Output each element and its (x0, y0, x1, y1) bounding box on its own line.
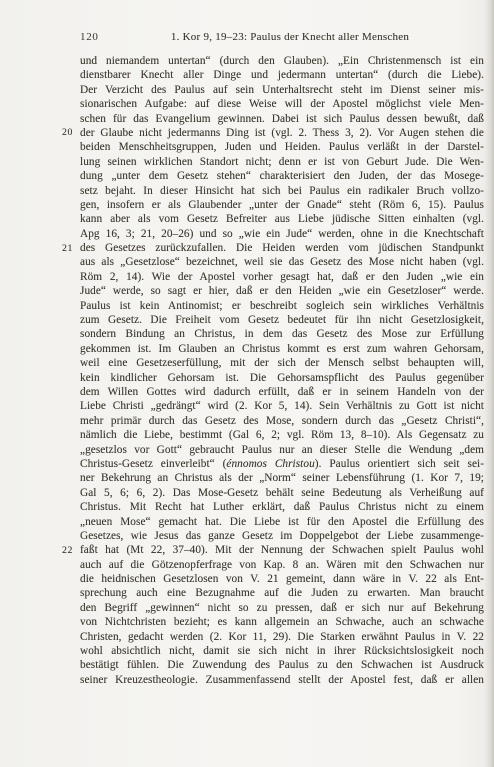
text-line: schen für das Evangelium gewinnen. Dabei… (80, 112, 484, 126)
margin-verse-number: 20 (54, 126, 73, 140)
text-segment: Liebe Christi „gedrängt“ wird (2. Kor 5,… (80, 400, 484, 412)
text-line: 21des Gesetzes zurückzufallen. Die Heide… (80, 241, 484, 255)
text-segment: schen für das Evangelium gewinnen. Dabei… (80, 113, 484, 125)
book-page: 120 1. Kor 9, 19–23: Paulus der Knecht a… (0, 0, 494, 767)
page-edge-shadow (485, 0, 494, 767)
text-line: lung seinen wirklichen Standort nicht; d… (80, 155, 484, 169)
text-segment: sprechung auch eine Bezugnahme auf die J… (80, 587, 484, 599)
text-line: sondern Bindung an Christus, in dem das … (80, 327, 484, 341)
text-segment: „neuen Mose“ gemacht hat. Die Liebe ist … (80, 516, 484, 528)
italic-text-segment: énnomos Christou (226, 458, 314, 470)
text-line: Christen, gedacht werden (2. Kor 11, 29)… (80, 630, 484, 644)
text-line: wohl absichtlich nicht, damit sie sich n… (80, 644, 484, 658)
text-line: aus als „Gesetzlose“ bezeichnet, weil si… (80, 255, 484, 269)
text-line: „gesetzlos vor Gott“ gebraucht Paulus nu… (80, 443, 484, 457)
margin-verse-number: 22 (54, 544, 73, 558)
text-segment: seiner Kreuzestheologie. Zusammenfassend… (80, 674, 484, 686)
text-segment: setz bejaht. In dieser Hinsicht hat sich… (80, 185, 484, 197)
text-segment: und niemandem untertan“ (durch den Glaub… (80, 55, 484, 67)
text-line: 22faßt hat (Mt 22, 37–40). Mit der Nennu… (80, 543, 484, 557)
text-segment: „gesetzlos vor Gott“ gebraucht Paulus nu… (80, 444, 484, 456)
text-segment: Paulus ist kein Antinomist; er beschreib… (80, 300, 484, 312)
text-line: und niemandem untertan“ (durch den Glaub… (80, 54, 484, 68)
text-segment: Gal 5, 6; 6, 2). Das Mose-Gesetz behält … (80, 487, 484, 499)
text-line: weil eine Gesetzeserfüllung, mit der sic… (80, 356, 484, 370)
text-line: seiner Kreuzestheologie. Zusammenfassend… (80, 673, 484, 687)
text-segment: kein kindlicher Gehorsam ist. Die Gehors… (80, 372, 484, 384)
text-segment: dem Willen Gottes wird dadurch erfüllt, … (80, 386, 484, 398)
text-line: bestätigt fühlen. Die Zuwendung des Paul… (80, 658, 484, 672)
text-line: Gal 5, 6; 6, 2). Das Mose-Gesetz behält … (80, 486, 484, 500)
text-segment: von Nichtchristen bezieht; es kann allge… (80, 616, 484, 628)
text-segment: faßt hat (Mt 22, 37–40). Mit der Nennung… (80, 544, 484, 556)
text-segment: Jude“ werde, so sagt er hier, daß er den… (80, 285, 484, 297)
text-line: gen, insofern er als Glaubender „unter d… (80, 198, 484, 212)
text-line: setz bejaht. In dieser Hinsicht hat sich… (80, 184, 484, 198)
text-segment: dienstbarer Knecht aller Dinge und jeder… (80, 69, 484, 81)
text-segment: der Glaube nicht jedermanns Ding ist (vg… (80, 127, 484, 139)
text-line: dung „unter dem Gesetz stehen“ charakter… (80, 169, 484, 183)
text-line: zum Gesetz. Die Freiheit vom Gesetz bede… (80, 313, 484, 327)
text-segment: wohl absichtlich nicht, damit sie sich n… (80, 645, 484, 657)
text-segment: beiden Menschheitsgruppen, Juden und Hei… (80, 141, 484, 153)
text-line: Liebe Christi „gedrängt“ wird (2. Kor 5,… (80, 399, 484, 413)
text-line: Christus-Gesetz einverleibt“ (énnomos Ch… (80, 457, 484, 471)
text-segment: Röm 2, 14). Wie der Apostel vorher gesag… (80, 271, 484, 283)
text-segment: sondern Bindung an Christus, in dem das … (80, 328, 484, 340)
text-segment: ner Bekehrung an Christus als der „Norm“… (80, 472, 484, 484)
page-header: 120 1. Kor 9, 19–23: Paulus der Knecht a… (80, 29, 484, 45)
text-segment: Gesetzes, wie Jesus das ganze Gesetz im … (80, 530, 484, 542)
text-line: dienstbarer Knecht aller Dinge und jeder… (80, 68, 484, 82)
margin-verse-number: 21 (54, 242, 73, 256)
text-line: kann aber als vom Gesetz Befreiter aus L… (80, 212, 484, 226)
text-segment: Christen, gedacht werden (2. Kor 11, 29)… (80, 631, 484, 643)
text-line: „neuen Mose“ gemacht hat. Die Liebe ist … (80, 515, 484, 529)
text-line: Christus. Mit Recht hat Luther erklärt, … (80, 500, 484, 514)
text-line: mehr primär durch das Gesetz des Mose, s… (80, 414, 484, 428)
text-line: sionarischen Aufgabe: auf diese Weise wi… (80, 97, 484, 111)
text-segment: Christus. Mit Recht hat Luther erklärt, … (80, 501, 484, 513)
text-segment: nämlich die Liebe, bestimmt (Gal 6, 2; v… (80, 429, 484, 441)
text-segment: auch auf die Götzenopferfrage von Kap. 8… (80, 559, 484, 571)
text-segment: die heidnischen Gesetzlosen von V. 21 ge… (80, 573, 484, 585)
text-segment: Christus-Gesetz einverleibt“ ( (80, 458, 226, 470)
body-text: und niemandem untertan“ (durch den Glaub… (80, 54, 484, 687)
text-segment: dung „unter dem Gesetz stehen“ charakter… (80, 170, 484, 182)
text-segment: kann aber als vom Gesetz Befreiter aus L… (80, 213, 484, 225)
text-segment: mehr primär durch das Gesetz des Mose, s… (80, 415, 484, 427)
text-segment: Der Verzicht des Paulus auf sein Unterha… (80, 84, 484, 96)
text-segment: aus als „Gesetzlose“ bezeichnet, weil si… (80, 256, 484, 268)
running-title: 1. Kor 9, 19–23: Paulus der Knecht aller… (80, 29, 484, 45)
text-segment: Apg 16, 3; 21, 20–26) und so „wie ein Ju… (80, 228, 484, 240)
text-line: die heidnischen Gesetzlosen von V. 21 ge… (80, 572, 484, 586)
text-line: gekommen ist. Im Glauben an Christus kom… (80, 342, 484, 356)
text-line: Paulus ist kein Antinomist; er beschreib… (80, 299, 484, 313)
text-line: Gesetzes, wie Jesus das ganze Gesetz im … (80, 529, 484, 543)
text-segment: des Gesetzes zurückzufallen. Die Heiden … (80, 242, 484, 254)
text-line: ner Bekehrung an Christus als der „Norm“… (80, 471, 484, 485)
text-segment: lung seinen wirklichen Standort nicht; d… (80, 156, 484, 168)
text-segment: bestätigt fühlen. Die Zuwendung des Paul… (80, 659, 484, 671)
text-line: dem Willen Gottes wird dadurch erfüllt, … (80, 385, 484, 399)
text-line: Der Verzicht des Paulus auf sein Unterha… (80, 83, 484, 97)
text-line: den Begriff „gewinnen“ nicht so zu press… (80, 601, 484, 615)
text-segment: ). Paulus orientiert sich seit sei- (315, 458, 484, 470)
text-segment: den Begriff „gewinnen“ nicht so zu press… (80, 602, 484, 614)
text-segment: zum Gesetz. Die Freiheit vom Gesetz bede… (80, 314, 484, 326)
text-line: Röm 2, 14). Wie der Apostel vorher gesag… (80, 270, 484, 284)
text-segment: weil eine Gesetzeserfüllung, mit der sic… (80, 357, 484, 369)
text-segment: gekommen ist. Im Glauben an Christus kom… (80, 343, 484, 355)
text-segment: sionarischen Aufgabe: auf diese Weise wi… (80, 98, 484, 110)
text-segment: gen, insofern er als Glaubender „unter d… (80, 199, 484, 211)
text-line: 20der Glaube nicht jedermanns Ding ist (… (80, 126, 484, 140)
text-line: nämlich die Liebe, bestimmt (Gal 6, 2; v… (80, 428, 484, 442)
text-line: beiden Menschheitsgruppen, Juden und Hei… (80, 140, 484, 154)
text-line: auch auf die Götzenopferfrage von Kap. 8… (80, 558, 484, 572)
text-line: Jude“ werde, so sagt er hier, daß er den… (80, 284, 484, 298)
page-number: 120 (80, 29, 99, 45)
text-line: Apg 16, 3; 21, 20–26) und so „wie ein Ju… (80, 227, 484, 241)
text-line: sprechung auch eine Bezugnahme auf die J… (80, 586, 484, 600)
text-line: von Nichtchristen bezieht; es kann allge… (80, 615, 484, 629)
text-line: kein kindlicher Gehorsam ist. Die Gehors… (80, 371, 484, 385)
